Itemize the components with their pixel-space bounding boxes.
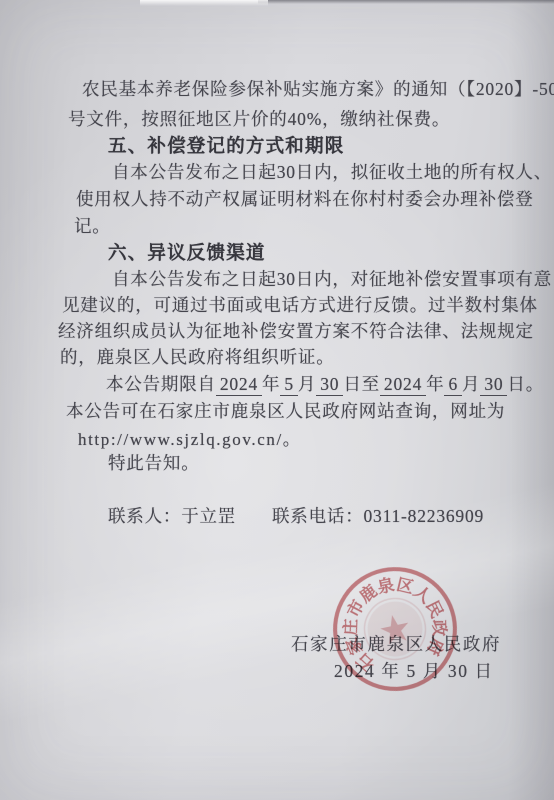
validity-blank-value: 5 [280,374,298,396]
seal-char: 庄 [340,618,361,636]
validity-text: 月 [462,371,480,396]
section-6-line-2: 见建议的，可通过书面或电话方式进行反馈。过半数村集体 [62,292,538,317]
website-url: http://www.sjzlq.gov.cn/。 [78,425,301,450]
validity-text: 本公告期限自 [106,371,216,396]
closing-line: 特此告知。 [108,450,200,475]
section-6-heading: 六、异议反馈渠道 [108,239,266,265]
seal-char: 府 [423,635,448,659]
intro-line-1: 农民基本养老保险参保补贴实施方案》的通知（【2020】-50） [82,76,554,101]
validity-text: 日至 [343,371,380,396]
contact-phone-number: 0311-82236909 [364,506,485,526]
validity-period-line: 本公告期限自2024 年 5月 30日至 2024年 6月30日。 [106,371,544,396]
official-seal-stamp: 石家庄市鹿泉区人民政府 [316,550,475,709]
validity-blank-value: 30 [316,374,343,396]
section-5-line-3: 记。 [74,213,111,238]
section-6-line-3: 经济组织成员认为征地补偿安置方案不符合法律、法规规定 [58,318,534,343]
contact-phone-label: 联系电话： [272,506,364,526]
section-6-line-4: 的，鹿泉区人民政府将组织听证。 [60,344,335,369]
scan-edge-highlight [140,0,268,6]
section-5-line-1: 自本公告发布之日起30日内，拟征收土地的所有权人、 [112,159,552,184]
contact-person-name: 于立罡 [181,506,236,526]
document-page: 农民基本养老保险参保补贴实施方案》的通知（【2020】-50） 号文件，按照征地… [0,0,554,800]
validity-text: 月 [298,371,316,396]
validity-text: 年 [426,371,444,396]
seal-char: 泉 [375,574,396,597]
validity-blank-value: 2024 [216,374,262,396]
section-6-line-1: 自本公告发布之日起30日内，对征地补偿安置事项有意 [112,266,552,291]
seal-char: 政 [429,619,449,636]
paper-sheen [0,430,554,760]
validity-blank-value: 6 [444,374,462,396]
validity-text: 年 [262,371,280,396]
contact-line: 联系人：于立罡 [108,503,236,528]
contact-person-label: 联系人： [108,506,181,526]
contact-phone-line: 联系电话：0311-82236909 [272,503,484,528]
section-5-line-2: 使用权人持不动产权属证明材料在你村村委会办理补偿登 [76,186,534,211]
validity-text: 日。 [507,371,544,396]
website-line: 本公告可在石家庄市鹿泉区人民政府网站查询，网址为 [66,398,505,423]
validity-blank-value: 30 [480,374,507,396]
intro-line-2: 号文件，按照征地区片价的40%，缴纳社保费。 [68,106,450,131]
validity-blank-value: 2024 [380,374,426,396]
section-5-heading: 五、补偿登记的方式和期限 [108,132,344,158]
